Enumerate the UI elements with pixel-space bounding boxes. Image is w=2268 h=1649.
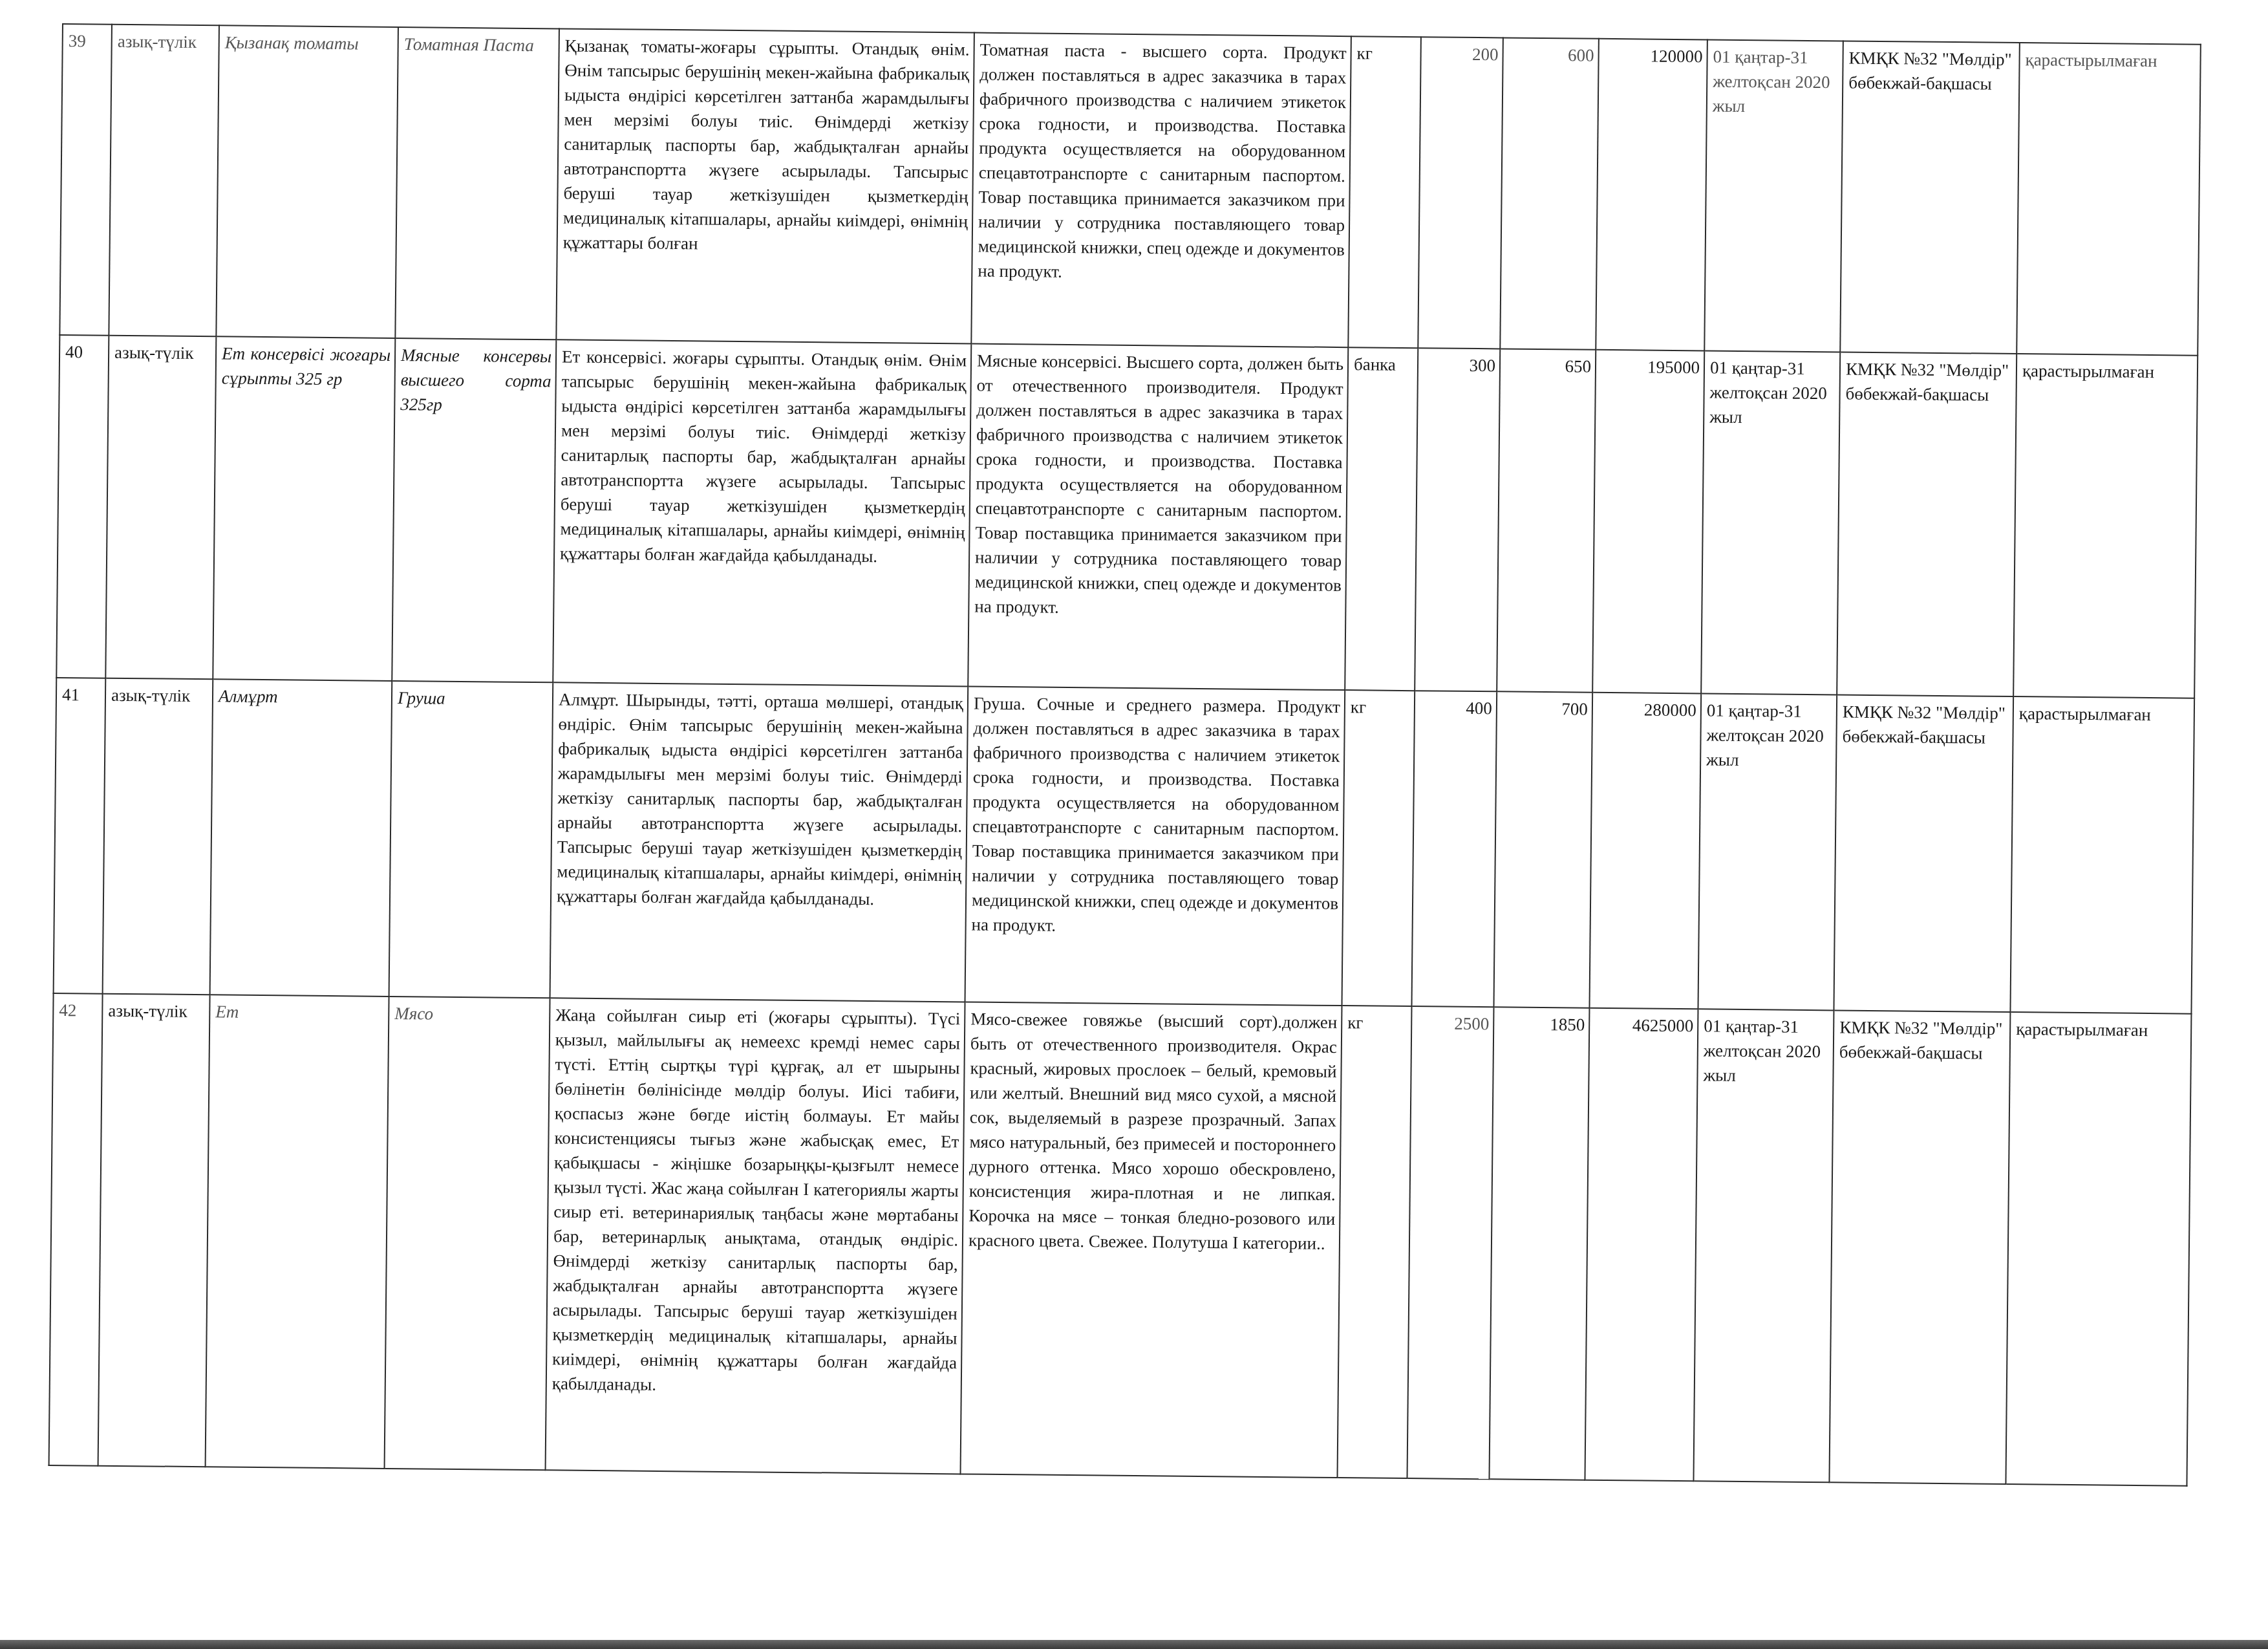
row-number: 42 — [49, 993, 103, 1466]
total-cell: 280000 — [1589, 693, 1701, 1009]
specification-kz: Қызанақ томаты-жоғары сұрыпты. Отандық ө… — [556, 28, 974, 343]
price-cell: 1850 — [1489, 1007, 1589, 1480]
delivery-period: 01 қаңтар-31 желтоқсан 2020 жыл — [1693, 1009, 1834, 1482]
advance-payment: қарастырылмаған — [2010, 696, 2194, 1014]
delivery-period: 01 қаңтар-31 желтоқсан 2020 жыл — [1704, 39, 1843, 352]
total-cell: 195000 — [1592, 350, 1704, 694]
quantity-cell: 2500 — [1407, 1006, 1493, 1479]
product-name-ru: Мясные консервы высшего сорта 325гр — [392, 338, 556, 682]
product-name-kz: Ет консервісі жоғары сұрыпты 325 гр — [213, 336, 395, 681]
specification-ru: Груша. Сочные и среднего размера. Продук… — [965, 686, 1345, 1006]
customer-cell: КМҚК №32 "Мөлдір" бөбекжай-бақшасы — [1829, 1010, 2010, 1484]
specification-kz: Алмұрт. Шырынды, тәтті, орташа мөлшері, … — [550, 682, 968, 1002]
table-row: 41 азық-түлік Алмұрт Груша Алмұрт. Шырын… — [54, 678, 2195, 1014]
category-cell: азық-түлік — [98, 994, 210, 1467]
customer-cell: КМҚК №32 "Мөлдір" бөбекжай-бақшасы — [1837, 352, 2017, 696]
specification-kz: Жаңа сойылған сиыр еті (жоғары сұрыпты).… — [546, 998, 965, 1474]
price-cell: 700 — [1493, 691, 1592, 1008]
table-row: 40 азық-түлік Ет консервісі жоғары сұрып… — [56, 335, 2198, 698]
specification-ru: Томатная паста - высшего сорта. Продукт … — [971, 33, 1351, 348]
total-cell: 120000 — [1596, 39, 1707, 351]
unit-cell: кг — [1348, 36, 1421, 348]
category-cell: азық-түлік — [109, 25, 219, 337]
advance-payment: қарастырылмаған — [2013, 354, 2198, 698]
specification-ru: Мясные консервісі. Высшего сорта, должен… — [968, 344, 1348, 691]
quantity-cell: 400 — [1412, 691, 1497, 1007]
customer-cell: КМҚК №32 "Мөлдір" бөбекжай-бақшасы — [1840, 41, 2020, 354]
category-cell: азық-түлік — [103, 678, 213, 995]
product-name-kz: Алмұрт — [210, 679, 392, 997]
product-name-ru: Томатная Паста — [395, 27, 559, 339]
scanned-page: 39 азық-түлік Қызанақ томаты Томатная Па… — [0, 0, 2268, 1649]
table-row: 39 азық-түлік Қызанақ томаты Томатная Па… — [59, 24, 2200, 356]
price-cell: 600 — [1500, 38, 1599, 349]
product-name-ru: Мясо — [385, 997, 550, 1470]
product-name-kz: Ет — [206, 995, 389, 1469]
table-row: 42 азық-түлік Ет Мясо Жаңа сойылған сиыр… — [49, 993, 2192, 1486]
delivery-period: 01 қаңтар-31 желтоқсан 2020 жыл — [1701, 350, 1840, 695]
procurement-table: 39 азық-түлік Қызанақ томаты Томатная Па… — [48, 23, 2201, 1487]
quantity-cell: 200 — [1418, 37, 1503, 349]
scanner-edge-bar — [0, 1640, 2268, 1649]
product-name-ru: Груша — [389, 681, 553, 998]
total-cell: 4625000 — [1585, 1008, 1698, 1482]
category-cell: азық-түлік — [105, 336, 216, 680]
row-number: 39 — [59, 24, 112, 336]
row-number: 41 — [54, 678, 106, 994]
unit-cell: банка — [1345, 347, 1418, 691]
quantity-cell: 300 — [1415, 348, 1500, 691]
product-name-kz: Қызанақ томаты — [216, 25, 398, 338]
specification-ru: Мясо-свежее говяжье (высший сорт).должен… — [961, 1002, 1342, 1478]
advance-payment: қарастырылмаған — [2017, 43, 2201, 356]
customer-cell: КМҚК №32 "Мөлдір" бөбекжай-бақшасы — [1834, 695, 2013, 1012]
delivery-period: 01 қаңтар-31 желтоқсан 2020 жыл — [1698, 693, 1837, 1010]
unit-cell: кг — [1338, 1006, 1412, 1478]
advance-payment: қарастырылмаған — [2006, 1012, 2191, 1486]
row-number: 40 — [56, 335, 109, 678]
specification-kz: Ет консервісі. жоғары сұрыпты. Отандық ө… — [553, 339, 971, 686]
price-cell: 650 — [1497, 349, 1596, 692]
unit-cell: кг — [1342, 690, 1415, 1006]
